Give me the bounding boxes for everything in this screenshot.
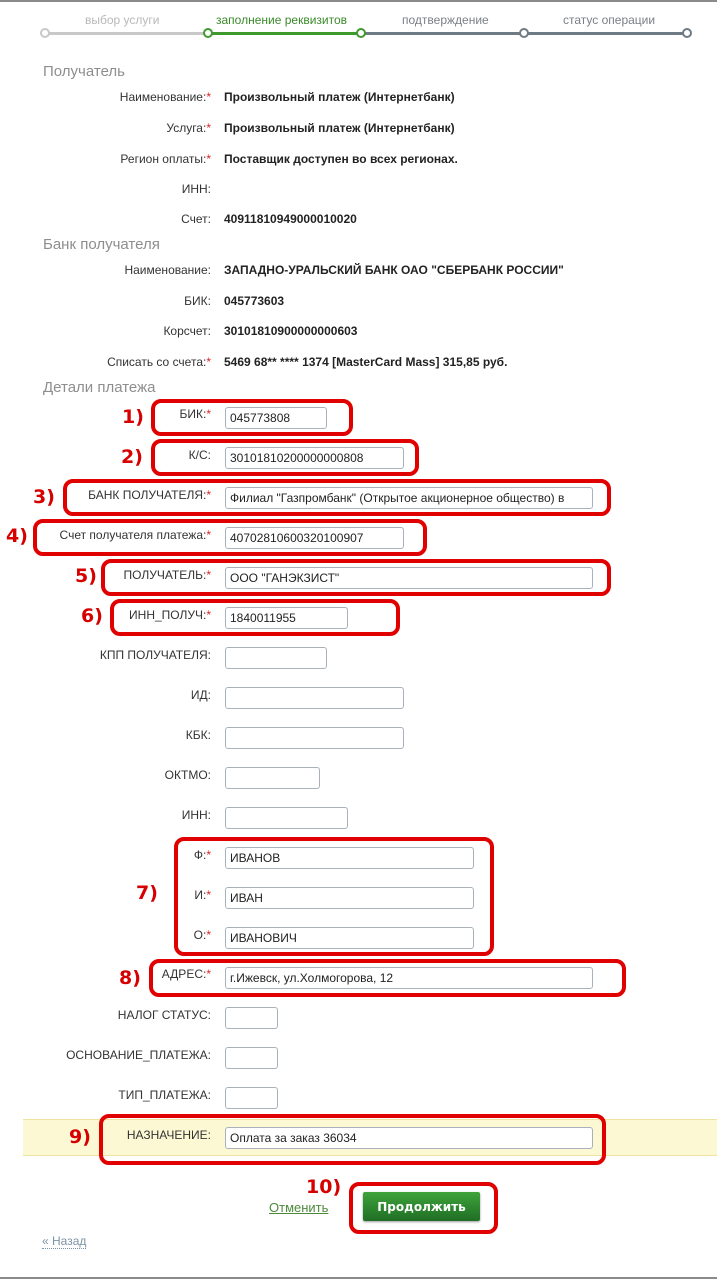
marker-8: 8) [119,967,141,989]
id-label: ИД: [191,688,211,702]
id-input[interactable] [225,687,404,709]
first-name-label: И:* [194,888,211,902]
step-track-done [45,32,208,35]
marker-10: 10) [306,1176,341,1198]
corr-account-value: 30101810900000000603 [224,324,357,338]
recipient-account-label: Счет: [181,212,211,226]
step-fill-details: заполнение реквизитов [216,13,347,27]
address-input[interactable] [225,967,593,989]
bik-input[interactable] [225,407,327,429]
service-value: Произвольный платеж (Интернетбанк) [224,121,455,135]
step-select-service: выбор услуги [85,13,160,27]
payment-basis-label: ОСНОВАНИЕ_ПЛАТЕЖА: [66,1048,211,1062]
oktmo-input[interactable] [225,767,320,789]
marker-3: 3) [33,486,55,508]
bik-label: БИК:* [180,407,212,421]
step-dot-3 [356,28,366,38]
first-name-input[interactable] [225,887,474,909]
bank-bik-label: БИК: [184,294,211,308]
kbk-label: КБК: [186,728,211,742]
marker-4: 4) [6,525,28,547]
payer-inn-input[interactable] [225,807,348,829]
recipient-bank-section-title: Банк получателя [43,236,160,253]
kbk-input[interactable] [225,727,404,749]
recipient-account-input[interactable] [225,527,404,549]
cancel-link[interactable]: Отменить [269,1200,328,1215]
marker-9: 9) [69,1126,91,1148]
recipient-bank-field-label: БАНК ПОЛУЧАТЕЛЯ:* [88,488,211,502]
marker-1: 1) [122,406,144,428]
debit-account-label: Списать со счета:* [107,355,211,369]
payment-region-label: Регион оплаты:* [120,152,211,166]
recipient-name-label: Наименование:* [120,90,211,104]
bank-name-label: Наименование: [124,263,211,277]
recipient-inn-label: ИНН: [182,182,211,196]
recipient-inn-field-label: ИНН_ПОЛУЧ:* [129,608,211,622]
corr-account-label: Корсчет: [163,324,211,338]
continue-button[interactable]: Продолжить [363,1192,480,1221]
step-dot-4 [519,28,529,38]
service-label: Услуга:* [166,121,211,135]
step-operation-status: статус операции [563,13,655,27]
recipient-input[interactable] [225,567,593,589]
payment-details-section-title: Детали платежа [43,379,156,396]
patronymic-label: О:* [194,928,211,942]
recipient-inn-input[interactable] [225,607,348,629]
patronymic-input[interactable] [225,927,474,949]
tax-status-input[interactable] [225,1007,278,1029]
recipient-account-value: 40911810949000010020 [224,212,357,226]
tax-status-label: НАЛОГ СТАТУС: [118,1008,211,1022]
corr-account-input[interactable] [225,447,404,469]
payer-inn-label: ИНН: [182,808,211,822]
payment-basis-input[interactable] [225,1047,278,1069]
corr-account-field-label: К/С: [189,448,211,462]
recipient-bank-input[interactable] [225,487,593,509]
kpp-input[interactable] [225,647,327,669]
step-dot-5 [682,28,692,38]
recipient-account-field-label: Счет получателя платежа:* [60,528,211,542]
recipient-name-value: Произвольный платеж (Интернетбанк) [224,90,455,104]
step-confirmation: подтверждение [402,13,489,27]
payment-type-label: ТИП_ПЛАТЕЖА: [118,1088,211,1102]
marker-5: 5) [75,565,97,587]
bank-name-value: ЗАПАДНО-УРАЛЬСКИЙ БАНК ОАО "СБЕРБАНК РОС… [224,263,564,277]
purpose-input[interactable] [225,1127,593,1149]
surname-input[interactable] [225,847,474,869]
oktmo-label: ОКТМО: [165,768,211,782]
step-track-active [208,32,361,35]
address-label: АДРЕС:* [162,967,211,981]
recipient-section-title: Получатель [43,63,125,80]
marker-7: 7) [136,882,158,904]
debit-account-value[interactable]: 5469 68** **** 1374 [MasterCard Mass] 31… [224,355,507,369]
surname-label: Ф:* [194,848,211,862]
payment-region-value: Поставщик доступен во всех регионах. [224,152,458,166]
marker-6: 6) [81,605,103,627]
step-dot-2 [203,28,213,38]
payment-type-input[interactable] [225,1087,278,1109]
back-link[interactable]: « Назад [42,1234,86,1249]
step-dot-1 [40,28,50,38]
bank-bik-value: 045773603 [224,294,284,308]
purpose-label: НАЗНАЧЕНИЕ: [127,1128,211,1142]
marker-2: 2) [121,446,143,468]
recipient-field-label: ПОЛУЧАТЕЛЬ:* [124,568,211,582]
kpp-label: КПП ПОЛУЧАТЕЛЯ: [100,648,211,662]
